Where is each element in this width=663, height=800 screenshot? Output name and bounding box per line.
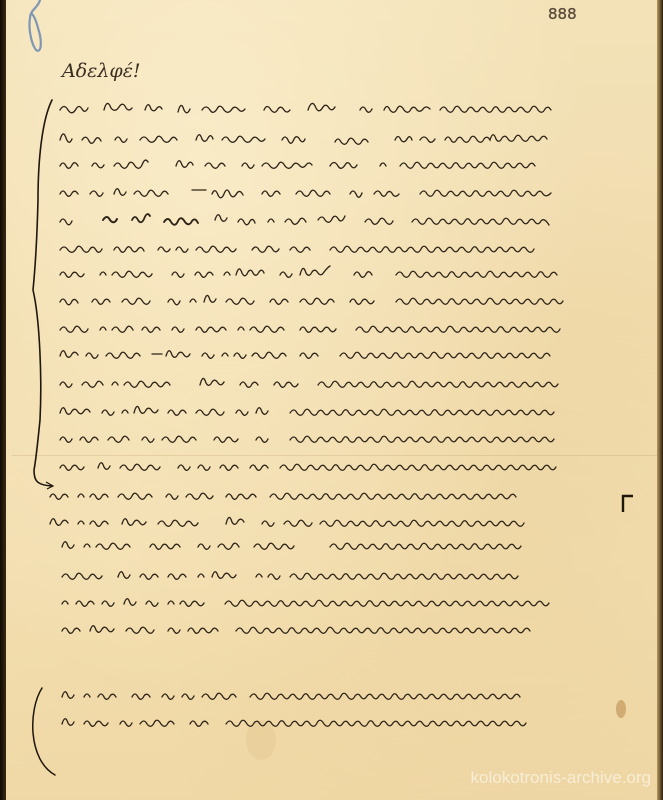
line-13: [60, 436, 268, 442]
line-10: [60, 351, 318, 359]
handwritten-body: [0, 0, 663, 800]
line-8: [60, 295, 374, 304]
archive-watermark: kolokotronis-archive.org: [471, 768, 651, 788]
line-6: [60, 246, 310, 252]
line-17: [62, 542, 294, 550]
line-5: [60, 214, 393, 225]
line-21: [62, 692, 236, 700]
line-15: [50, 493, 256, 499]
body-lines-right: [225, 106, 563, 726]
left-margin-bracket: [33, 100, 53, 489]
inline-bracket: [623, 496, 633, 512]
line-22: [62, 719, 208, 727]
bottom-margin-parenthesis: [33, 688, 55, 775]
line-18: [62, 572, 280, 580]
line-14: [60, 463, 268, 471]
line-7: [60, 266, 372, 277]
line-3: [60, 160, 386, 168]
line-4: [60, 189, 399, 198]
line-9: [60, 326, 336, 332]
line-16: [50, 517, 312, 526]
line-20: [62, 626, 218, 634]
line-12: [60, 406, 268, 415]
line-11: [60, 378, 298, 387]
line-19: [62, 599, 204, 607]
line-2: [60, 134, 435, 144]
line-1: [60, 103, 430, 112]
